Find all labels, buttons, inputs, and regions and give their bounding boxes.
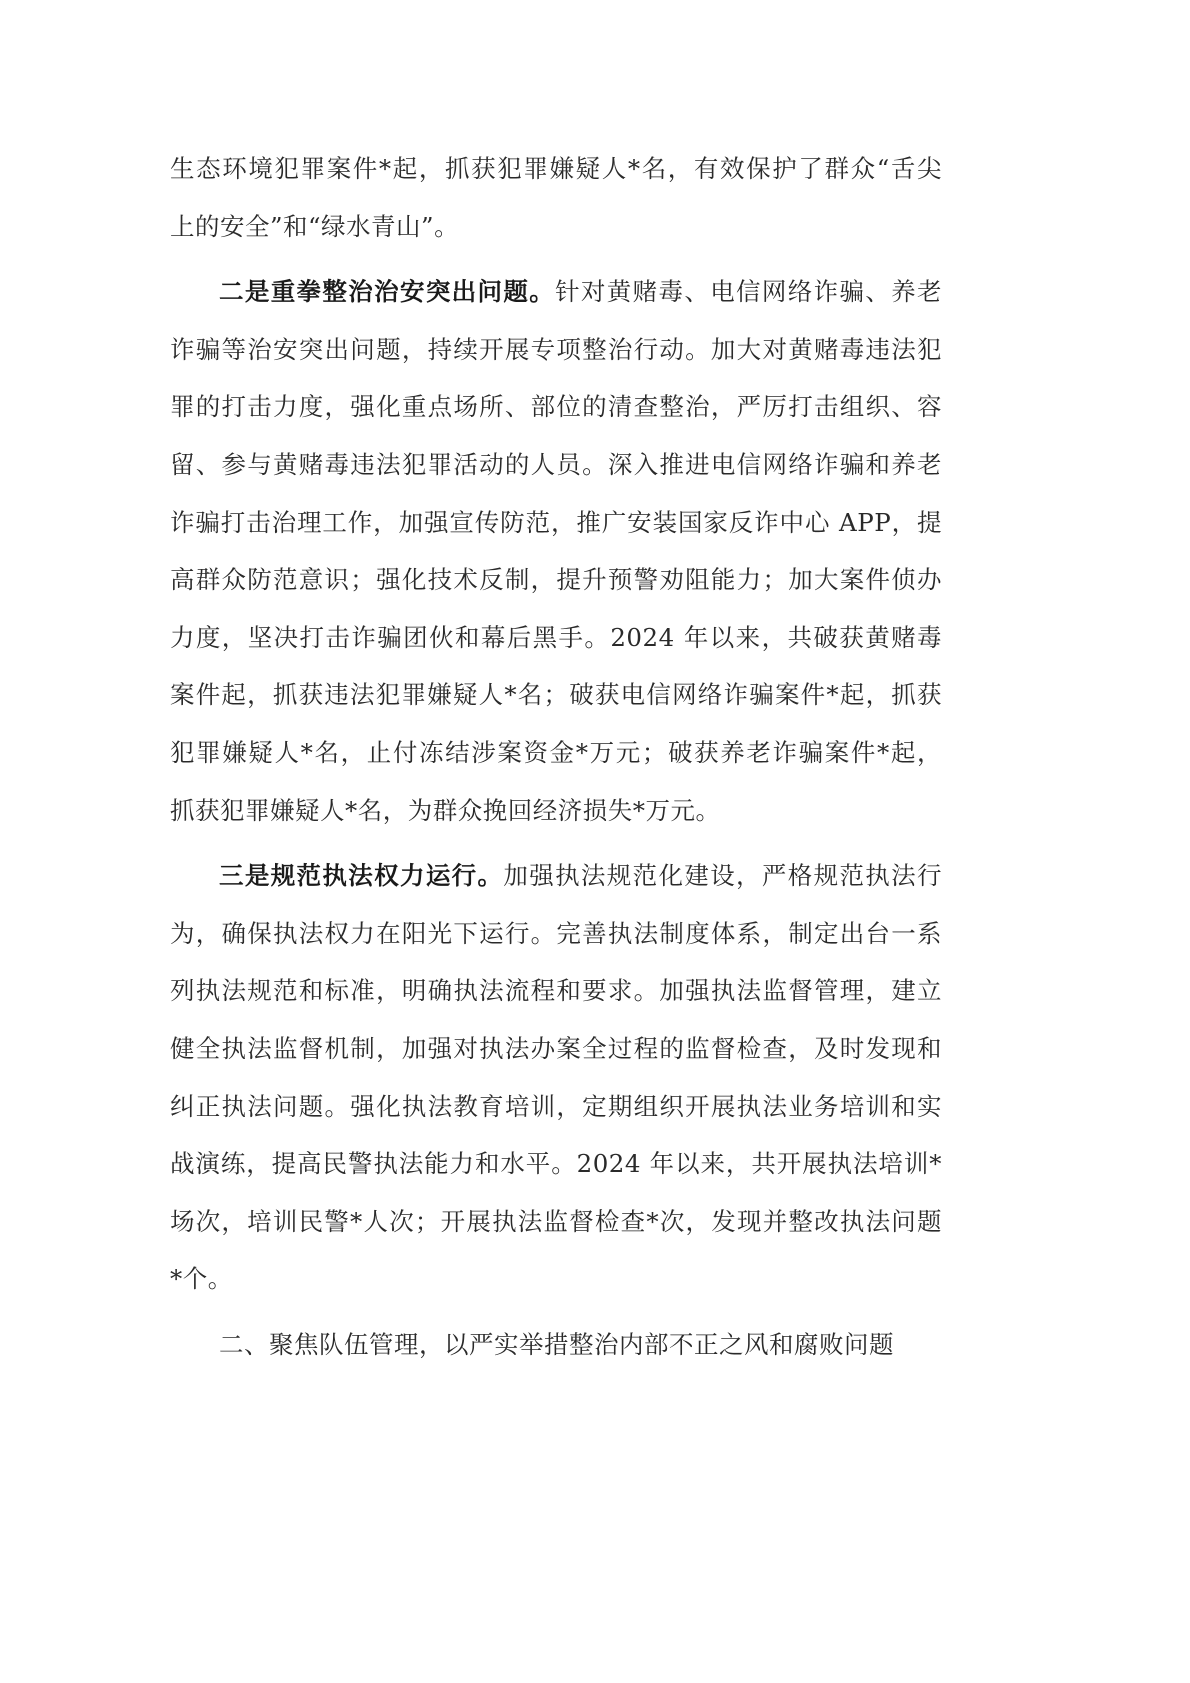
text-line: 为，确保执法权力在阳光下运行。完善执法制度体系，制定出台一系 <box>170 905 942 963</box>
text-line: 生态环境犯罪案件*起，抓获犯罪嫌疑人*名，有效保护了群众“舌尖 <box>170 140 942 198</box>
text-line: 留、参与黄赌毒违法犯罪活动的人员。深入推进电信网络诈骗和养老 <box>170 436 942 494</box>
text-line: 健全执法监督机制，加强对执法办案全过程的监督检查，及时发现和 <box>170 1020 942 1078</box>
text-line: 罪的打击力度，强化重点场所、部位的清查整治，严厉打击组织、容 <box>170 378 942 436</box>
paragraph-lead-heading: 三是规范执法权力运行。 <box>219 861 503 890</box>
text-line: 三是规范执法权力运行。加强执法规范化建设，严格规范执法行 <box>170 847 942 905</box>
paragraph-lead-heading: 二是重拳整治治安突出问题。 <box>219 277 555 306</box>
paragraph-public-security: 二是重拳整治治安突出问题。针对黄赌毒、电信网络诈骗、养老 诈骗等治安突出问题，持… <box>170 263 942 839</box>
document-page: 生态环境犯罪案件*起，抓获犯罪嫌疑人*名，有效保护了群众“舌尖 上的安全”和“绿… <box>170 140 942 1373</box>
text-span: 加强执法规范化建设，严格规范执法行 <box>503 861 942 890</box>
text-line: *个。 <box>170 1250 942 1308</box>
section-heading: 二、聚焦队伍管理，以严实举措整治内部不正之风和腐败问题 <box>170 1316 942 1374</box>
text-line: 诈骗等治安突出问题，持续开展专项整治行动。加大对黄赌毒违法犯 <box>170 321 942 379</box>
text-line: 上的安全”和“绿水青山”。 <box>170 198 942 256</box>
text-line: 诈骗打击治理工作，加强宣传防范，推广安装国家反诈中心 APP，提 <box>170 494 942 552</box>
text-line: 抓获犯罪嫌疑人*名，为群众挽回经济损失*万元。 <box>170 782 942 840</box>
text-line: 列执法规范和标准，明确执法流程和要求。加强执法监督管理，建立 <box>170 962 942 1020</box>
paragraph-law-enforcement: 三是规范执法权力运行。加强执法规范化建设，严格规范执法行 为，确保执法权力在阳光… <box>170 847 942 1308</box>
text-line: 场次，培训民警*人次；开展执法监督检查*次，发现并整改执法问题 <box>170 1193 942 1251</box>
text-line: 犯罪嫌疑人*名，止付冻结涉案资金*万元；破获养老诈骗案件*起， <box>170 724 942 782</box>
text-line: 战演练，提高民警执法能力和水平。2024 年以来，共开展执法培训* <box>170 1135 942 1193</box>
text-line: 高群众防范意识；强化技术反制，提升预警劝阻能力；加大案件侦办 <box>170 551 942 609</box>
text-span: 针对黄赌毒、电信网络诈骗、养老 <box>555 277 942 306</box>
text-line: 案件起，抓获违法犯罪嫌疑人*名；破获电信网络诈骗案件*起，抓获 <box>170 666 942 724</box>
paragraph-ecology-crimes: 生态环境犯罪案件*起，抓获犯罪嫌疑人*名，有效保护了群众“舌尖 上的安全”和“绿… <box>170 140 942 255</box>
text-line: 纠正执法问题。强化执法教育培训，定期组织开展执法业务培训和实 <box>170 1078 942 1136</box>
text-line: 力度，坚决打击诈骗团伙和幕后黑手。2024 年以来，共破获黄赌毒 <box>170 609 942 667</box>
text-line: 二是重拳整治治安突出问题。针对黄赌毒、电信网络诈骗、养老 <box>170 263 942 321</box>
